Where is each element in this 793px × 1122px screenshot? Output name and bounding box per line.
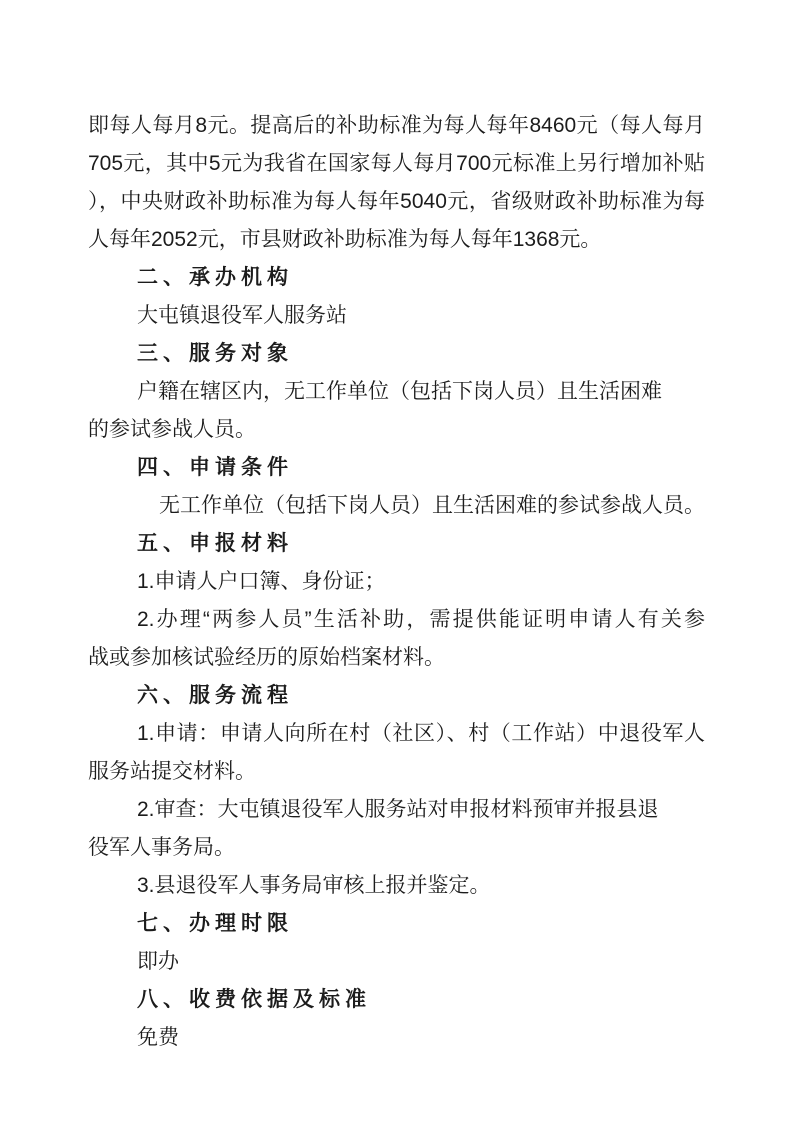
- document-line: 无工作单位（包括下岗人员）且生活困难的参试参战人员。: [88, 487, 705, 525]
- document-line: 免费: [88, 1019, 705, 1057]
- document-line: 1.申请：申请人向所在村（社区）、村（工作站）中退役军人: [88, 715, 705, 753]
- document-line: 大屯镇退役军人服务站: [88, 297, 705, 335]
- document-line: 人每年2052元，市县财政补助标准为每人每年1368元。: [88, 221, 705, 259]
- document-line: 1.申请人户口簿、身份证；: [88, 563, 705, 601]
- section-heading: 五、申报材料: [88, 525, 705, 563]
- section-heading: 八、收费依据及标准: [88, 981, 705, 1019]
- document-line: 2.办理“两参人员”生活补助，需提供能证明申请人有关参: [88, 601, 705, 639]
- section-heading: 六、服务流程: [88, 677, 705, 715]
- document-line: 战或参加核试验经历的原始档案材料。: [88, 639, 705, 677]
- document-line: 的参试参战人员。: [88, 411, 705, 449]
- document-body: { "page": { "background_color": "#ffffff…: [0, 0, 793, 1122]
- section-heading: 七、办理时限: [88, 905, 705, 943]
- document-page: 即每人每月8元。提高后的补助标准为每人每年8460元（每人每月 705元，其中5…: [0, 0, 793, 1122]
- section-heading: 四、申请条件: [88, 449, 705, 487]
- document-line: 役军人事务局。: [88, 829, 705, 867]
- section-heading: 三、服务对象: [88, 335, 705, 373]
- document-line: ），中央财政补助标准为每人每年5040元，省级财政补助标准为每: [88, 183, 705, 221]
- document-line: 户籍在辖区内，无工作单位（包括下岗人员）且生活困难: [88, 373, 705, 411]
- document-line: 即每人每月8元。提高后的补助标准为每人每年8460元（每人每月: [88, 107, 705, 145]
- document-line: 3.县退役军人事务局审核上报并鉴定。: [88, 867, 705, 905]
- document-text-block: 即每人每月8元。提高后的补助标准为每人每年8460元（每人每月 705元，其中5…: [88, 107, 705, 1057]
- document-line: 2.审查：大屯镇退役军人服务站对申报材料预审并报县退: [88, 791, 705, 829]
- document-line: 即办: [88, 943, 705, 981]
- section-heading: 二、承办机构: [88, 259, 705, 297]
- document-line: 服务站提交材料。: [88, 753, 705, 791]
- document-line: 705元，其中5元为我省在国家每人每月700元标准上另行增加补贴: [88, 145, 705, 183]
